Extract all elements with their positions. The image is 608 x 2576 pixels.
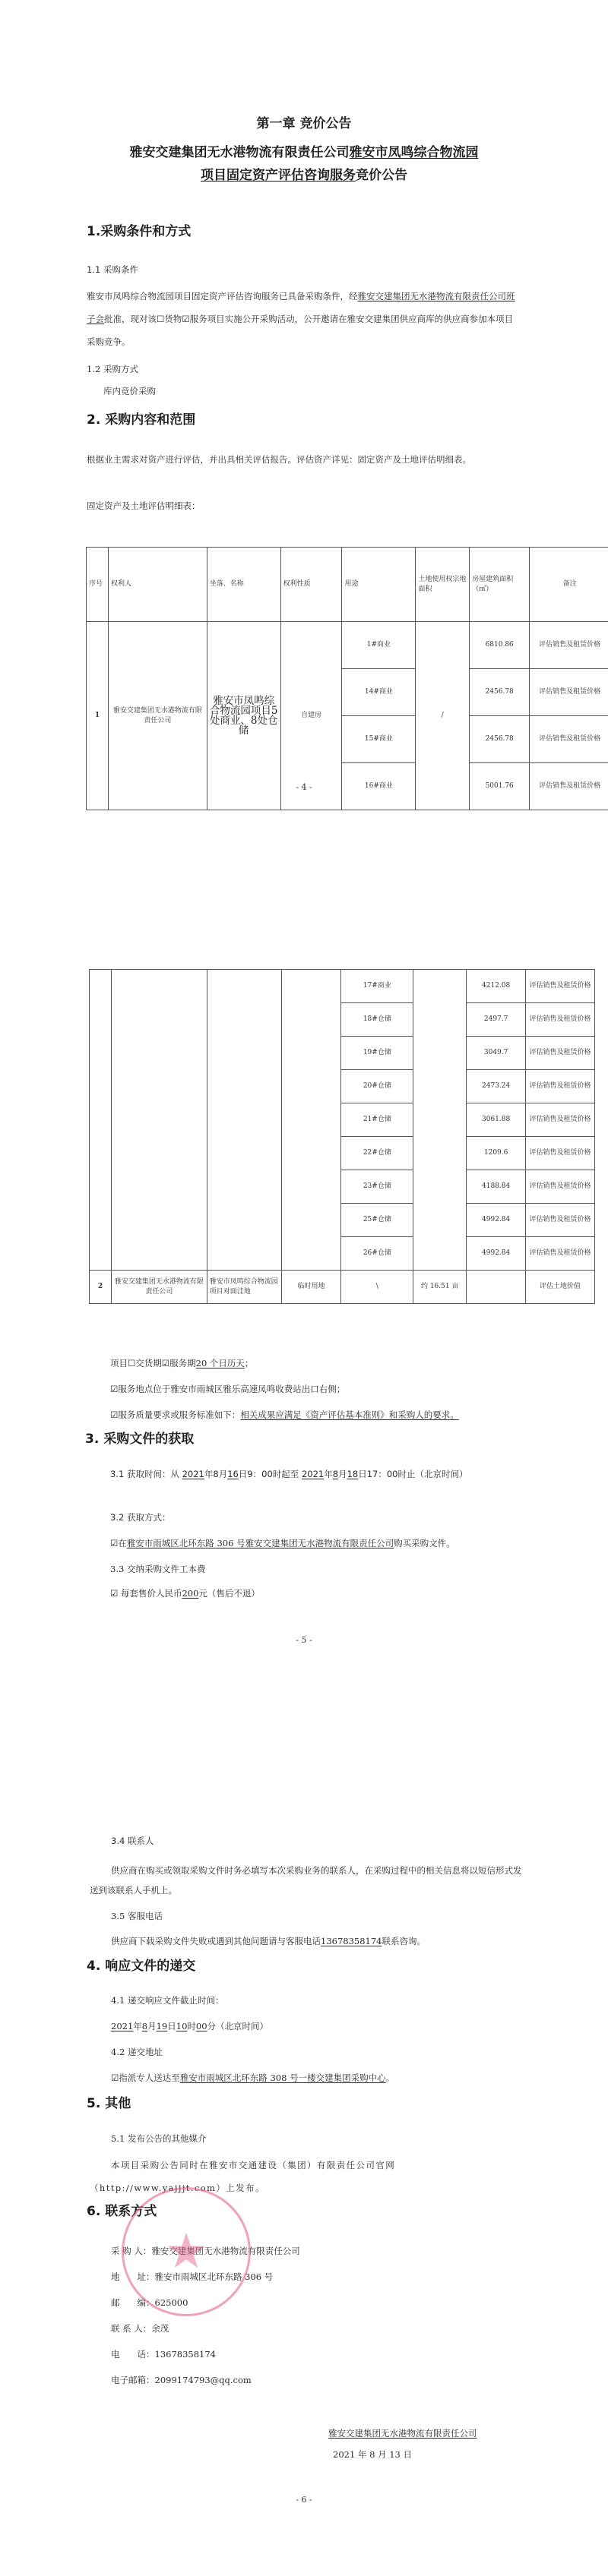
section-2-heading: 2. 采购内容和范围 (87, 409, 195, 428)
cell-building-area: 4188.84 (467, 1170, 526, 1204)
cell-owner-continued (111, 970, 207, 1271)
title-line-1: 雅安交建集团无水港物流有限责任公司雅安市凤鸣综合物流园 (0, 141, 608, 164)
cell-remark: 评估销售及租赁价格 (530, 716, 608, 763)
document-title: 雅安交建集团无水港物流有限责任公司雅安市凤鸣综合物流园 项目固定资产评估咨询服务… (0, 141, 608, 187)
cell-use: 20#仓储 (341, 1070, 413, 1103)
section-1-heading: 1.采购条件和方式 (87, 220, 191, 239)
cell-building-area (467, 1271, 526, 1304)
cell-use: \ (341, 1271, 413, 1304)
section-1-1-heading: 1.1 采购条件 (87, 264, 138, 276)
header-location: 坐落、名称 (207, 548, 280, 622)
contact-address: 地 址：雅安市雨城区北环东路 306 号 (111, 2271, 273, 2283)
title-line-2: 项目固定资产评估咨询服务竞价公告 (0, 164, 608, 187)
cell-building-area: 1209.6 (467, 1137, 526, 1170)
cell-building-area: 2456.78 (470, 669, 530, 716)
cell-use: 19#仓储 (341, 1037, 413, 1070)
page-number-5: - 5 - (0, 1635, 608, 1645)
section-4-2-heading: 4.2 递交地址 (111, 2046, 163, 2058)
header-right-type: 权利性质 (280, 548, 342, 622)
section-4-1-heading: 4.1 递交响应文件截止时间： (111, 1994, 223, 2006)
section-5-heading: 5. 其他 (87, 2092, 131, 2111)
section-3-3-body: ☑ 每套售价人民币200元（售后不退） (110, 1587, 260, 1599)
cell-remark: 评估销售及租赁价格 (526, 970, 595, 1003)
cell-remark: 评估销售及租赁价格 (526, 1103, 595, 1137)
contact-postcode: 邮 编：625000 (111, 2297, 188, 2309)
cell-seq-continued (90, 970, 112, 1271)
contact-person: 联 系 人：余茂 (111, 2322, 169, 2334)
header-owner: 权利人 (108, 548, 207, 622)
cell-building-area: 4992.84 (467, 1237, 526, 1271)
section-1-1-body: 雅安市凤鸣综合物流园项目固定资产评估咨询服务已具备采购条件，经雅安交建集团无水港… (87, 285, 520, 353)
cell-remark: 评估销售及租赁价格 (526, 1070, 595, 1103)
submission-address: ☑指派专人送达至雅安市雨城区北环东路 308 号一楼交建集团采购中心。 (111, 2072, 394, 2084)
cell-location-continued (207, 970, 281, 1271)
table-row: 1 雅安交建集团无水港物流有限责任公司 雅安市凤鸣综合物流园项目5处商业、8处仓… (87, 622, 608, 669)
section-1-2-heading: 1.2 采购方式 (87, 363, 138, 375)
section-3-2-body: ☑在雅安市雨城区北环东路 306 号雅安交建集团无水港物流有限责任公司购买采购文… (110, 1537, 455, 1549)
cell-remark: 评估销售及租赁价格 (526, 1137, 595, 1170)
cell-land-area: 约 16.51 亩 (413, 1271, 467, 1304)
cell-use: 17#商业 (341, 970, 413, 1003)
cell-remark: 评估销售及租赁价格 (530, 669, 608, 716)
table-caption: 固定资产及土地评估明细表： (87, 500, 201, 512)
cell-building-area: 3049.7 (467, 1037, 526, 1070)
service-quality: ☑服务质量要求或服务标准如下：相关成果应满足《资产评估基本准则》和采购人的要求。 (110, 1409, 459, 1421)
section-5-1-heading: 5.1 发布公告的其他媒介 (111, 2132, 206, 2145)
cell-use: 14#商业 (342, 669, 416, 716)
cell-building-area: 4992.84 (467, 1204, 526, 1237)
cell-remark: 评估销售及租赁价格 (526, 1204, 595, 1237)
cell-remark: 评估销售及租赁价格 (526, 1170, 595, 1204)
cell-use: 18#仓储 (341, 1003, 413, 1037)
header-use: 用途 (342, 548, 416, 622)
cell-building-area: 2473.24 (467, 1070, 526, 1103)
cell-building-area: 2497.7 (467, 1003, 526, 1037)
section-5-1-body: 本项目采购公告同时在雅安市交通建设（集团）有限责任公司官网（http://www… (90, 2154, 523, 2199)
contact-phone: 电 话：13678358174 (111, 2348, 216, 2360)
table-header-row: 序号 权利人 坐落、名称 权利性质 用途 土地使用权宗地面积 房屋建筑面积（㎡）… (87, 548, 608, 622)
cell-building-area: 2456.78 (470, 716, 530, 763)
contact-purchaser: 采 购 人：雅安交建集团无水港物流有限责任公司 (111, 2245, 300, 2257)
asset-table-page4: 序号 权利人 坐落、名称 权利性质 用途 土地使用权宗地面积 房屋建筑面积（㎡）… (86, 547, 608, 810)
section-3-2-heading: 3.2 获取方式： (110, 1511, 170, 1523)
cell-building-area: 6810.86 (470, 622, 530, 669)
section-3-3-heading: 3.3 交纳采购文件工本费 (110, 1563, 205, 1575)
section-3-5-heading: 3.5 客服电话 (111, 1910, 163, 1922)
submission-deadline: 2021年8月19日10时00分（北京时间） (111, 2020, 268, 2032)
section-4-heading: 4. 响应文件的递交 (87, 1955, 195, 1974)
asset-table-page5: 17#商业 4212.08 评估销售及租赁价格 18#仓储 2497.7 评估销… (89, 969, 595, 1304)
cell-building-area: 3061.88 (467, 1103, 526, 1137)
cell-use: 22#仓储 (341, 1137, 413, 1170)
cell-right-type: 临时用地 (281, 1271, 341, 1304)
section-2-body: 根据业主需求对资产进行评估，并出具相关评估报告。评估资产详见：固定资产及土地评估… (87, 448, 520, 471)
chapter-title: 第一章 竞价公告 (0, 112, 608, 131)
cell-remark: 评估销售及租赁价格 (526, 1037, 595, 1070)
service-location: ☑服务地点位于雅安市雨城区雅乐高速凤鸣收费站出口右侧； (110, 1383, 345, 1395)
section-3-1-body: 3.1 获取时间：从 2021年8月16日9：00时起至 2021年8月18日1… (110, 1463, 536, 1485)
header-seq: 序号 (87, 548, 109, 622)
cell-building-area: 4212.08 (467, 970, 526, 1003)
cell-seq: 2 (90, 1271, 112, 1304)
cell-use: 21#仓储 (341, 1103, 413, 1137)
cell-remark: 评估销售及租赁价格 (530, 622, 608, 669)
cell-use: 15#商业 (342, 716, 416, 763)
procurement-method: 库内竞价采购 (103, 385, 156, 397)
contact-email: 电子邮箱：2099174793@qq.com (111, 2374, 252, 2386)
cell-use: 1#商业 (342, 622, 416, 669)
section-3-4-heading: 3.4 联系人 (111, 1835, 154, 1847)
header-remark: 备注 (530, 548, 608, 622)
header-land-area: 土地使用权宗地面积 (416, 548, 470, 622)
table-row: 17#商业 4212.08 评估销售及租赁价格 (90, 970, 595, 1003)
section-3-heading: 3. 采购文件的获取 (85, 1428, 194, 1447)
signature-company: 雅安交建集团无水港物流有限责任公司 (328, 2427, 477, 2439)
cell-right-type-continued (281, 970, 341, 1271)
cell-location: 雅安市凤鸣综合物流园项目对面洼地 (207, 1271, 281, 1304)
section-3-4-body: 供应商在购买或领取采购文件时务必填写本次采购业务的联系人，在采购过程中的相关信息… (90, 1861, 523, 1900)
cell-remark: 评估销售及租赁价格 (526, 1003, 595, 1037)
cell-remark: 评估土地价值 (526, 1271, 595, 1304)
page-number-6: - 6 - (0, 2495, 608, 2505)
cell-owner: 雅安交建集团无水港物流有限责任公司 (111, 1271, 207, 1304)
header-building-area: 房屋建筑面积（㎡） (470, 548, 530, 622)
section-3-5-body: 供应商下载采购文件失败或遇到其他问题请与客服电话13678358174联系咨询。 (111, 1935, 426, 1947)
page-number-4: - 4 - (0, 782, 608, 792)
section-6-heading: 6. 联系方式 (87, 2200, 157, 2219)
table-row-2: 2 雅安交建集团无水港物流有限责任公司 雅安市凤鸣综合物流园项目对面洼地 临时用… (90, 1271, 595, 1304)
cell-land-area-continued (413, 970, 467, 1271)
cell-use: 26#仓储 (341, 1237, 413, 1271)
cell-remark: 评估销售及租赁价格 (526, 1237, 595, 1271)
signature-date: 2021 年 8 月 13 日 (333, 2448, 412, 2461)
cell-use: 23#仓储 (341, 1170, 413, 1204)
cell-use: 25#仓储 (341, 1204, 413, 1237)
service-period: 项目☐交货期☑服务期20 个日历天； (110, 1357, 253, 1369)
